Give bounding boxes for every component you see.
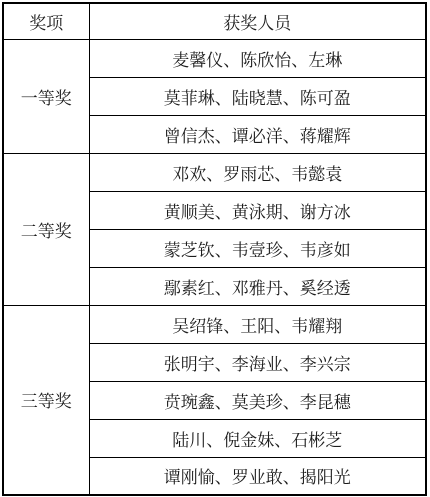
column-header-recipients: 获奖人员 — [89, 3, 426, 39]
column-header-award: 奖项 — [3, 3, 89, 39]
document-page: 奖项 获奖人员 一等奖 麦馨仪、陈欣怡、左琳 莫菲琳、陆晓慧、陈可盈 曾信杰、谭… — [0, 0, 430, 497]
recipient-cell: 蒙芝钦、韦壹珍、韦彦如 — [89, 229, 426, 267]
recipient-cell: 曾信杰、谭必洋、蒋耀辉 — [89, 115, 426, 153]
table-row: 一等奖 麦馨仪、陈欣怡、左琳 — [3, 39, 426, 77]
recipient-cell: 陆川、倪金妹、石彬芝 — [89, 419, 426, 457]
recipient-cell: 谭刚愉、罗业敢、揭阳光 — [89, 457, 426, 495]
award-table: 奖项 获奖人员 一等奖 麦馨仪、陈欣怡、左琳 莫菲琳、陆晓慧、陈可盈 曾信杰、谭… — [2, 2, 427, 496]
recipient-cell: 邓欢、罗雨芯、韦懿袁 — [89, 153, 426, 191]
recipient-cell: 吴绍锋、王阳、韦耀翔 — [89, 305, 426, 343]
recipient-cell: 鄢素红、邓雅丹、奚经透 — [89, 267, 426, 305]
table-row: 二等奖 邓欢、罗雨芯、韦懿袁 — [3, 153, 426, 191]
award-group-label-first: 一等奖 — [3, 39, 89, 153]
award-group-label-second: 二等奖 — [3, 153, 89, 305]
award-group-label-third: 三等奖 — [3, 305, 89, 495]
recipient-cell: 莫菲琳、陆晓慧、陈可盈 — [89, 77, 426, 115]
recipient-cell: 麦馨仪、陈欣怡、左琳 — [89, 39, 426, 77]
recipient-cell: 张明宇、李海业、李兴宗 — [89, 343, 426, 381]
table-row: 三等奖 吴绍锋、王阳、韦耀翔 — [3, 305, 426, 343]
table-header-row: 奖项 获奖人员 — [3, 3, 426, 39]
recipient-cell: 黄顺美、黄泳期、谢方冰 — [89, 191, 426, 229]
recipient-cell: 贲琬鑫、莫美珍、李昆穗 — [89, 381, 426, 419]
